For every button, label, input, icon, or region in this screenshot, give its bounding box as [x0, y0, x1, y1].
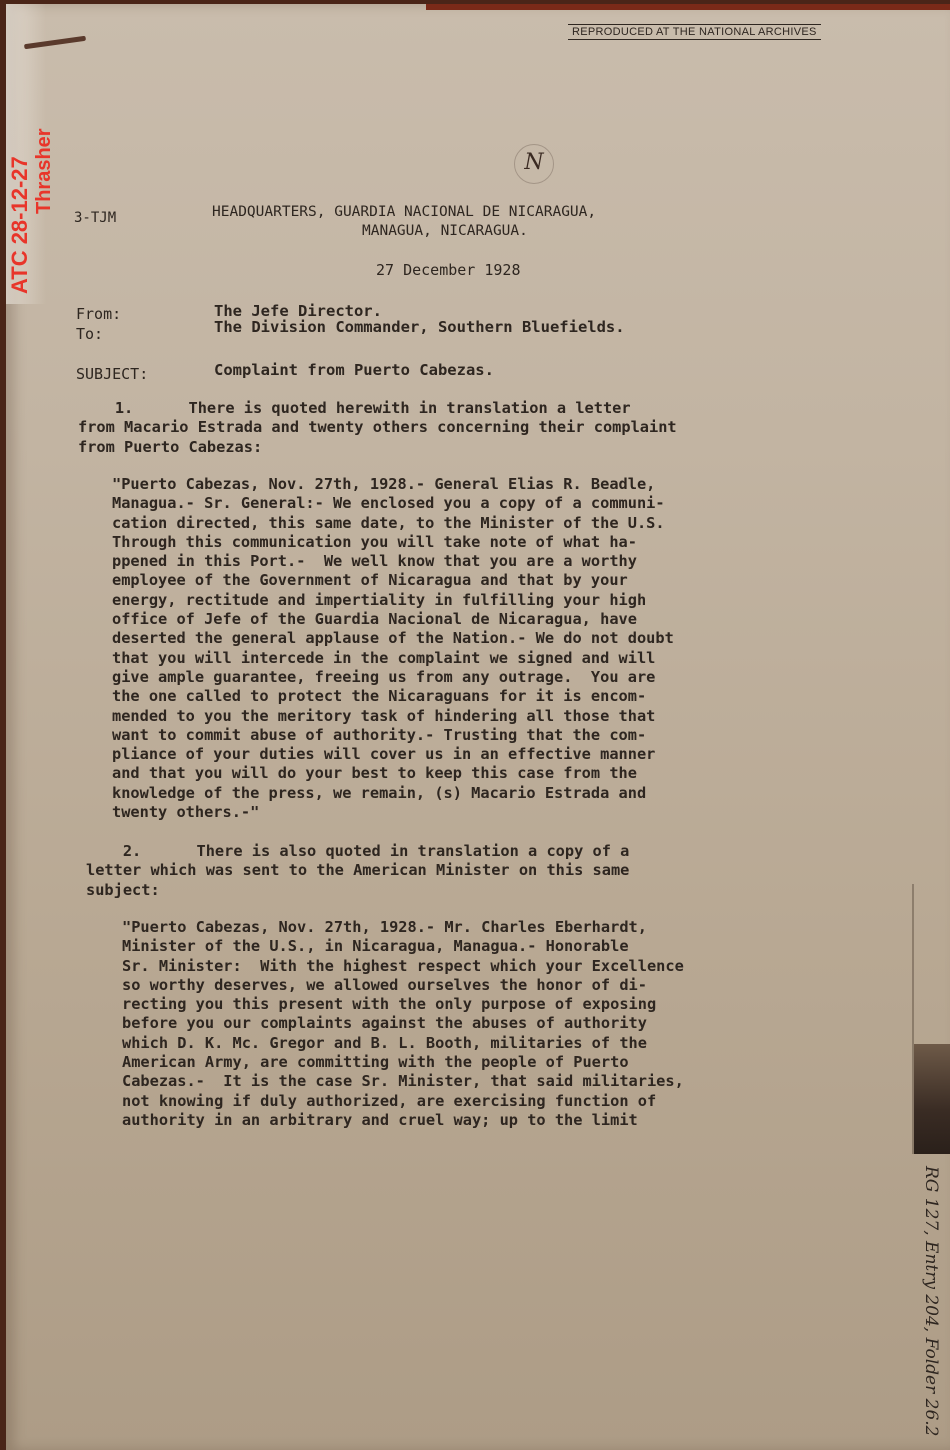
letterhead-line1: HEADQUARTERS, GUARDIA NACIONAL DE NICARA… [212, 204, 596, 220]
letterhead-line2: MANAGUA, NICARAGUA. [362, 222, 596, 241]
archive-reference-annotation: RG 127, Entry 204, Folder 26.2 [921, 1166, 941, 1436]
red-annotation-line2: Thrasher [32, 128, 56, 214]
national-archives-stamp: REPRODUCED AT THE NATIONAL ARCHIVES [568, 24, 821, 40]
to-value: The Division Commander, Southern Bluefie… [214, 318, 625, 336]
reference-code: 3-TJM [74, 210, 116, 226]
letterhead: HEADQUARTERS, GUARDIA NACIONAL DE NICARA… [212, 203, 596, 241]
subject-label: SUBJECT: [76, 365, 148, 383]
subject-value: Complaint from Puerto Cabezas. [214, 361, 494, 379]
folder-edge [426, 4, 950, 10]
underlying-page-shadow [914, 1044, 950, 1154]
to-label: To: [76, 325, 103, 343]
paragraph-1: 1. There is quoted herewith in translati… [78, 399, 677, 457]
red-annotation-line1: ATC 28-12-27 [7, 156, 32, 294]
red-handwritten-annotation: ATC 28-12-27 Thrasher [8, 128, 56, 294]
quoted-letter-2: "Puerto Cabezas, Nov. 27th, 1928.- Mr. C… [122, 918, 684, 1130]
quoted-letter-1: "Puerto Cabezas, Nov. 27th, 1928.- Gener… [112, 475, 674, 822]
paragraph-2: 2. There is also quoted in translation a… [86, 842, 629, 900]
from-label: From: [76, 305, 121, 323]
document-page: REPRODUCED AT THE NATIONAL ARCHIVES ATC … [6, 4, 950, 1450]
staple-mark [24, 36, 86, 50]
handwritten-initial-mark: N [514, 144, 554, 184]
document-date: 27 December 1928 [376, 261, 521, 279]
